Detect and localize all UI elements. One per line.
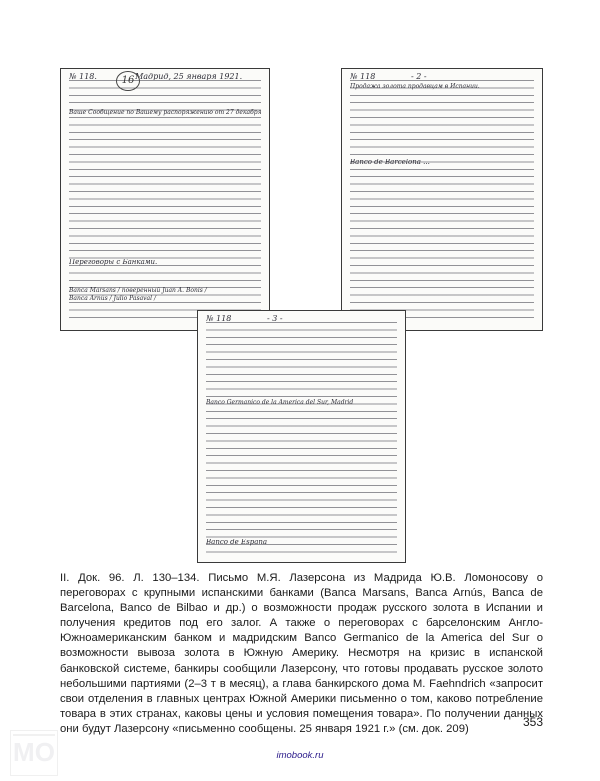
handwriting-texture <box>206 317 397 556</box>
scan-stamp: 16 <box>116 71 140 91</box>
scan-header-right: № 118 - 2 - <box>350 73 534 80</box>
page-number: 353 <box>523 715 543 729</box>
scan-line: Переговоры с Банками. <box>69 259 261 266</box>
scan-image-middle: № 118 - 3 - Banco Germanico de la Americ… <box>197 310 406 563</box>
scan-line: Banco Germanico de la America del Sur, M… <box>206 399 397 406</box>
scan-image-right: № 118 - 2 - Продажа золота продавцам в И… <box>341 68 543 331</box>
scan-line: Banco de Barcelona ... <box>350 159 534 166</box>
scan-image-left: № 118. Мадрид, 25 января 1921. 16 Ваше С… <box>60 68 270 331</box>
scan-line: Ваше Сообщение по Вашему распоряжению от… <box>69 109 261 116</box>
scan-page-marker: - 2 - <box>411 73 427 80</box>
scan-date: Мадрид, 25 января 1921. <box>135 73 242 80</box>
figure-caption: II. Док. 96. Л. 130–134. Письмо М.Я. Лаз… <box>60 571 543 737</box>
scan-doc-number: № 118 <box>206 315 231 322</box>
scan-header-left: № 118. Мадрид, 25 января 1921. <box>69 73 261 80</box>
scan-header-middle: № 118 - 3 - <box>206 315 397 322</box>
scan-line: Banco de España <box>206 539 397 546</box>
scan-doc-number: № 118 <box>350 73 375 80</box>
scan-line: Banca Marsans / поверенный Juan A. Bonis… <box>69 287 261 294</box>
scan-line: Продажа золота продавцам в Испании. <box>350 83 534 90</box>
scan-page-marker: - 3 - <box>267 315 283 322</box>
footer-website-link[interactable]: imobook.ru <box>0 750 600 761</box>
handwriting-texture <box>350 75 534 324</box>
scan-line: Banca Arnús / Julio Pasaval / <box>69 295 261 302</box>
scan-doc-number: № 118. <box>69 73 97 80</box>
